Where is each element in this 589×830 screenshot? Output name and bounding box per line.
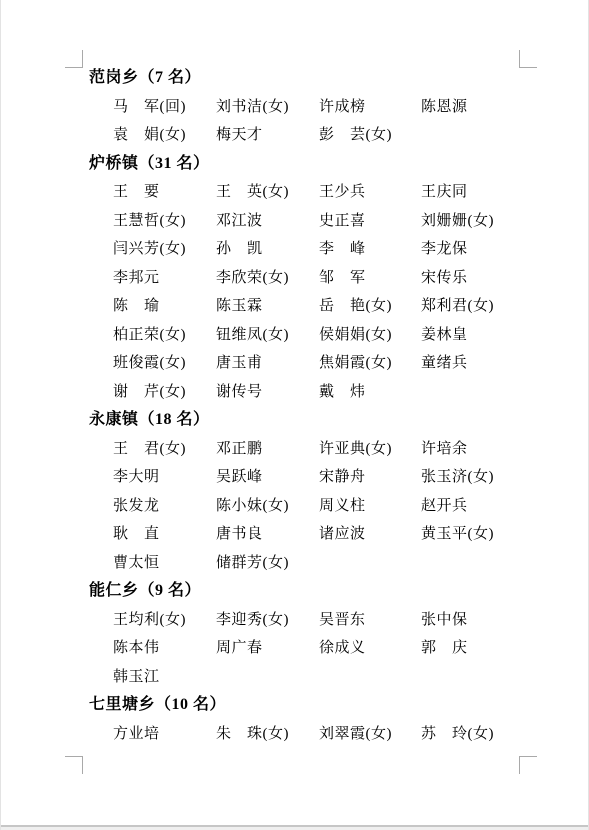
name-row: 闫兴芳(女)孙 凯李 峰李龙保 [1, 235, 589, 264]
name-cell: 唐玉甫 [216, 349, 319, 378]
name-cell: 邓正鹏 [216, 435, 319, 464]
name-cell: 班俊霞(女) [113, 349, 216, 378]
name-cell [319, 663, 421, 692]
name-cell: 苏 玲(女) [421, 720, 589, 749]
name-cell: 方业培 [113, 720, 216, 749]
name-row: 李邦元李欣荣(女)邹 军宋传乐 [1, 264, 589, 293]
name-cell: 姜林皇 [421, 321, 589, 350]
name-cell: 徐成义 [319, 634, 421, 663]
name-cell: 王庆同 [421, 178, 589, 207]
name-row: 班俊霞(女)唐玉甫焦娟霞(女)童绪兵 [1, 349, 589, 378]
name-cell: 闫兴芳(女) [113, 235, 216, 264]
name-cell: 周广春 [216, 634, 319, 663]
name-row: 王 要王 英(女)王少兵王庆同 [1, 178, 589, 207]
name-cell [421, 378, 589, 407]
name-cell: 侯娟娟(女) [319, 321, 421, 350]
name-cell: 岳 艳(女) [319, 292, 421, 321]
name-row: 耿 直唐书良诸应波黄玉平(女) [1, 520, 589, 549]
name-row: 王均利(女)李迎秀(女)吴晋东张中保 [1, 606, 589, 635]
name-cell: 张玉济(女) [421, 463, 589, 492]
name-cell: 陈小妹(女) [216, 492, 319, 521]
name-cell: 许成榜 [319, 93, 421, 122]
section-heading: 炉桥镇（31 名） [1, 150, 589, 179]
page-bottom-edge [1, 825, 588, 827]
name-cell: 唐书良 [216, 520, 319, 549]
name-row: 王慧哲(女)邓江波史正喜刘姗姗(女) [1, 207, 589, 236]
name-row: 马 军(回)刘书洁(女)许成榜陈恩源 [1, 93, 589, 122]
name-cell: 戴 炜 [319, 378, 421, 407]
name-cell: 邹 军 [319, 264, 421, 293]
name-cell: 童绪兵 [421, 349, 589, 378]
name-cell: 李迎秀(女) [216, 606, 319, 635]
name-cell: 李大明 [113, 463, 216, 492]
name-cell: 陈 瑜 [113, 292, 216, 321]
name-cell: 吴晋东 [319, 606, 421, 635]
name-cell: 李龙保 [421, 235, 589, 264]
name-cell: 钮维凤(女) [216, 321, 319, 350]
document-page: 范岗乡（7 名）马 军(回)刘书洁(女)许成榜陈恩源袁 娟(女)梅天才彭 芸(女… [0, 0, 589, 830]
document-text: 范岗乡（7 名）马 军(回)刘书洁(女)许成榜陈恩源袁 娟(女)梅天才彭 芸(女… [1, 64, 589, 748]
name-cell: 李欣荣(女) [216, 264, 319, 293]
name-cell [421, 549, 589, 578]
name-cell: 陈本伟 [113, 634, 216, 663]
name-cell: 谢 芹(女) [113, 378, 216, 407]
name-cell: 许培余 [421, 435, 589, 464]
name-cell: 张发龙 [113, 492, 216, 521]
name-cell: 刘姗姗(女) [421, 207, 589, 236]
name-row: 袁 娟(女)梅天才彭 芸(女) [1, 121, 589, 150]
name-cell: 许亚典(女) [319, 435, 421, 464]
name-cell: 彭 芸(女) [319, 121, 421, 150]
name-cell: 王 要 [113, 178, 216, 207]
name-cell: 周义柱 [319, 492, 421, 521]
name-cell: 吴跃峰 [216, 463, 319, 492]
name-cell: 陈玉霖 [216, 292, 319, 321]
name-cell [216, 663, 319, 692]
text-boundary-mark-bottom-left [65, 756, 83, 774]
name-cell: 宋传乐 [421, 264, 589, 293]
name-cell: 刘书洁(女) [216, 93, 319, 122]
text-boundary-mark-bottom-right [519, 756, 537, 774]
name-cell: 王均利(女) [113, 606, 216, 635]
name-cell: 孙 凯 [216, 235, 319, 264]
name-cell [319, 549, 421, 578]
name-cell: 焦娟霞(女) [319, 349, 421, 378]
name-cell: 郭 庆 [421, 634, 589, 663]
name-row: 陈本伟周广春徐成义郭 庆 [1, 634, 589, 663]
name-cell: 储群芳(女) [216, 549, 319, 578]
name-row: 李大明吴跃峰宋静舟张玉济(女) [1, 463, 589, 492]
name-cell: 王少兵 [319, 178, 421, 207]
name-cell: 史正喜 [319, 207, 421, 236]
name-cell: 张中保 [421, 606, 589, 635]
name-row: 张发龙陈小妹(女)周义柱赵开兵 [1, 492, 589, 521]
name-cell: 黄玉平(女) [421, 520, 589, 549]
name-row: 陈 瑜陈玉霖岳 艳(女)郑利君(女) [1, 292, 589, 321]
section-heading: 范岗乡（7 名） [1, 64, 589, 93]
name-row: 曹太恒储群芳(女) [1, 549, 589, 578]
name-cell: 郑利君(女) [421, 292, 589, 321]
name-row: 王 君(女)邓正鹏许亚典(女)许培余 [1, 435, 589, 464]
name-cell: 赵开兵 [421, 492, 589, 521]
name-row: 方业培朱 珠(女)刘翠霞(女)苏 玲(女) [1, 720, 589, 749]
name-cell: 朱 珠(女) [216, 720, 319, 749]
name-cell: 王 君(女) [113, 435, 216, 464]
name-row: 谢 芹(女)谢传号戴 炜 [1, 378, 589, 407]
name-cell: 诸应波 [319, 520, 421, 549]
name-cell: 陈恩源 [421, 93, 589, 122]
name-cell [421, 121, 589, 150]
name-cell: 梅天才 [216, 121, 319, 150]
name-row: 柏正荣(女)钮维凤(女)侯娟娟(女)姜林皇 [1, 321, 589, 350]
name-row: 韩玉江 [1, 663, 589, 692]
section-heading: 永康镇（18 名） [1, 406, 589, 435]
name-cell: 马 军(回) [113, 93, 216, 122]
name-cell [421, 663, 589, 692]
name-cell: 刘翠霞(女) [319, 720, 421, 749]
name-cell: 李 峰 [319, 235, 421, 264]
name-cell: 李邦元 [113, 264, 216, 293]
name-cell: 邓江波 [216, 207, 319, 236]
name-cell: 谢传号 [216, 378, 319, 407]
section-heading: 七里塘乡（10 名） [1, 691, 589, 720]
name-cell: 柏正荣(女) [113, 321, 216, 350]
name-cell: 耿 直 [113, 520, 216, 549]
name-cell: 宋静舟 [319, 463, 421, 492]
name-cell: 王 英(女) [216, 178, 319, 207]
name-cell: 曹太恒 [113, 549, 216, 578]
name-cell: 袁 娟(女) [113, 121, 216, 150]
name-cell: 王慧哲(女) [113, 207, 216, 236]
section-heading: 能仁乡（9 名） [1, 577, 589, 606]
name-cell: 韩玉江 [113, 663, 216, 692]
